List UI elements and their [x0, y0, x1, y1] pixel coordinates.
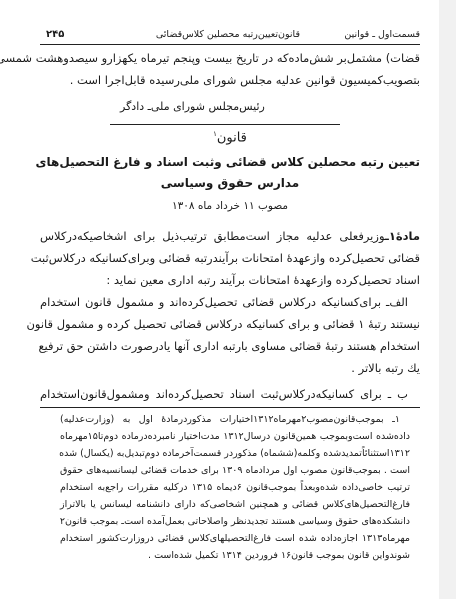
continuation-line: بتصویب‌کمیسیون قوانین عدلیه مجلس شورای م… — [40, 70, 420, 90]
footnote-line: ۱ـ بموجب‌قانون‌مصوب۲مهرماه۱۳۱۲اختیارات م… — [60, 412, 400, 429]
footnote-rule — [40, 407, 420, 408]
footnote-line: دانشکده‌های حقوق وسیاسی هستند تجدیدنظر و… — [60, 514, 410, 531]
signature: رئیس‌مجلس شورای ملی‌ـ دادگر — [120, 100, 265, 113]
approval-date: مصوب ۱۱ خرداد ماه ۱۳۰۸ — [40, 200, 420, 212]
footnote-line: مهرماه۱۳۱۳ اجازه‌داده شده است فارغ‌التحص… — [60, 531, 410, 548]
article-line: مادهٔ۱ـوزیرفعلی عدلیه مجاز است‌مطابق ترت… — [40, 226, 420, 246]
footnote-line: داده‌شده است‌وبموجب همین‌قانون درسال۱۳۱۲… — [60, 429, 410, 446]
clause-line: نیستند رتبهٔ ۱ قضائی و برای کسانیکه درکل… — [40, 314, 420, 334]
running-header: قسمت‌اول ـ قوانین قانون‌تعیین‌رتبه محصلی… — [40, 27, 420, 43]
article-line: قضائی تحصیل‌کرده وازعهدهٔ امتحانات برآین… — [40, 248, 420, 268]
page-number: ۲۴۵ — [46, 27, 64, 43]
header-running-title: قانون‌تعیین‌رتبه محصلین کلاس‌قضائی — [156, 27, 300, 43]
continuation-line: قضات) مشتمل‌بر شش‌ماده‌که در تاریخ بیست … — [40, 48, 420, 68]
footnote-line: ۱۳۱۲استثنائاًتمدیدشده وکلمه(ششماه) مذکور… — [60, 446, 410, 463]
clause-line: ب ـ برای کسانیکه‌درکلاس‌ثبت اسناد تحصیل‌… — [40, 384, 408, 404]
footnote-line: است . بموجب‌قانون مصوب اول مردادماه ۱۳۰۹… — [60, 463, 410, 480]
article-label: مادهٔ۱ـ — [385, 229, 420, 243]
law-title-line: مدارس حقوق وسیاسی — [40, 176, 420, 190]
header-rule — [40, 44, 420, 45]
clause-line: استخدام هستند رتبهٔ قضائی مساوی بارتبه ا… — [40, 336, 420, 356]
law-heading: قانون۱ — [40, 130, 420, 145]
law-heading-text: قانون — [217, 130, 247, 145]
footnote-line: شوندواین قانون بموجب قانون۱۶ فروردین ۱۳۱… — [60, 548, 410, 565]
header-section: قسمت‌اول ـ قوانین — [344, 27, 420, 43]
footnote-line: ترتیب خاصی‌داده شده‌وبعداً بموجب‌قانون ۶… — [60, 480, 410, 497]
scan-margin-strip — [439, 0, 456, 599]
section-divider — [110, 124, 340, 125]
article-line: اسناد تحصیل‌کرده وازعهدهٔ امتحانات برآین… — [40, 270, 420, 290]
footnote-line: فارغ‌التحصیل‌های‌کلاس قضائی و همچنین اشخ… — [60, 497, 410, 514]
clause-line: الف‌ـ برای‌کسانیکه درکلاس قضائی تحصیل‌کر… — [40, 292, 408, 312]
clause-line: یك رتبه بالاتر . — [40, 358, 420, 378]
law-title-line: تعیین رتبه محصلین کلاس قضائی وثبت اسناد … — [40, 155, 420, 169]
